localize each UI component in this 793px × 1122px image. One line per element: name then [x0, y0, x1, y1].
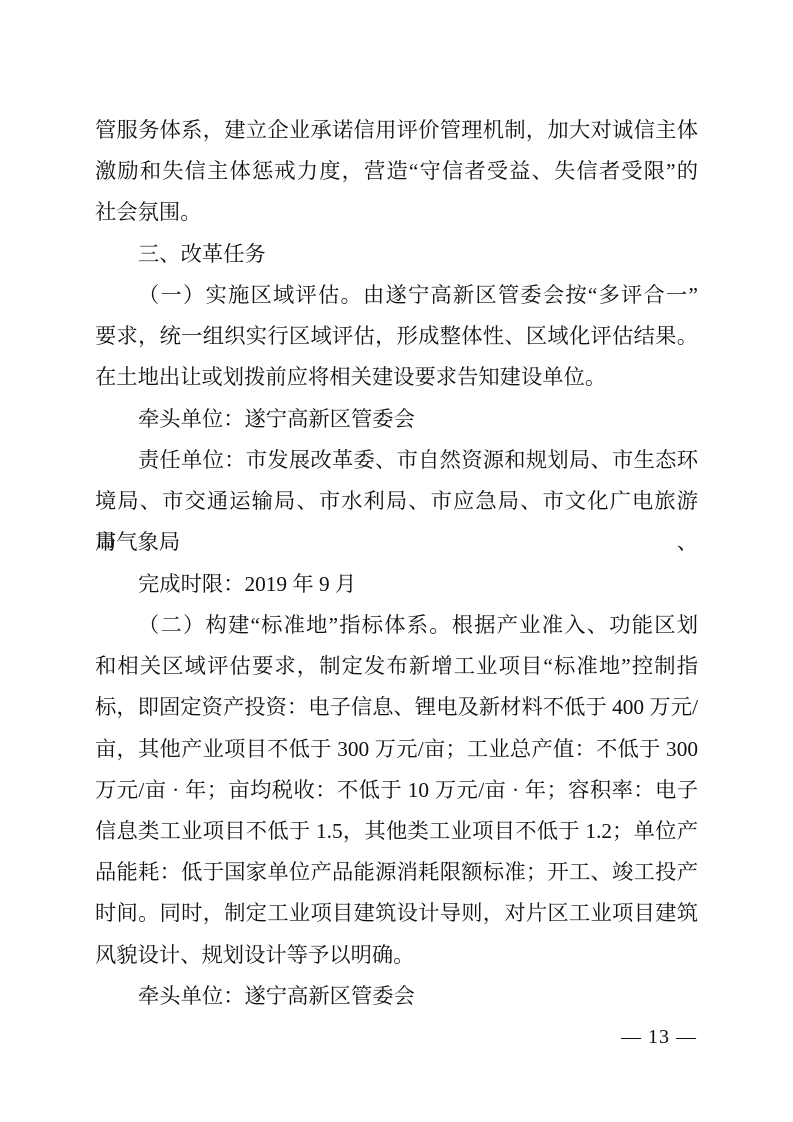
text-line: 品能耗：低于国家单位产品能源消耗限额标准；开工、竣工投产 — [95, 852, 698, 893]
text-line: 境局、市交通运输局、市水利局、市应急局、市文化广电旅游局、 — [95, 481, 698, 522]
text-line: 牵头单位：遂宁高新区管委会 — [95, 399, 698, 440]
text-line: （二）构建“标准地”指标体系。根据产业准入、功能区划 — [95, 605, 698, 646]
text-line: 时间。同时，制定工业项目建筑设计导则，对片区工业项目建筑 — [95, 893, 698, 934]
paragraph-task-regional-assessment: （一）实施区域评估。由遂宁高新区管委会按“多评合一” 要求，统一组织实行区域评估… — [95, 275, 698, 399]
text-line: 万元/亩 · 年；亩均税收：不低于 10 万元/亩 · 年；容积率：电子 — [95, 770, 698, 811]
text-line: 要求，统一组织实行区域评估，形成整体性、区域化评估结果。 — [95, 316, 698, 357]
section-heading-reform-tasks: 三、改革任务 — [95, 234, 698, 275]
document-body: 管服务体系，建立企业承诺信用评价管理机制，加大对诚信主体 激励和失信主体惩戒力度… — [95, 110, 698, 1017]
text-line: 亩，其他产业项目不低于 300 万元/亩；工业总产值：不低于 300 — [95, 729, 698, 770]
text-line: 社会氛围。 — [95, 192, 698, 233]
text-line: 信息类工业项目不低于 1.5，其他类工业项目不低于 1.2；单位产 — [95, 811, 698, 852]
paragraph-responsible-units: 责任单位：市发展改革委、市自然资源和规划局、市生态环 境局、市交通运输局、市水利… — [95, 440, 698, 564]
text-line: 责任单位：市发展改革委、市自然资源和规划局、市生态环 — [95, 440, 698, 481]
paragraph-credit-system-continuation: 管服务体系，建立企业承诺信用评价管理机制，加大对诚信主体 激励和失信主体惩戒力度… — [95, 110, 698, 234]
text-line: 管服务体系，建立企业承诺信用评价管理机制，加大对诚信主体 — [95, 110, 698, 151]
text-line: （一）实施区域评估。由遂宁高新区管委会按“多评合一” — [95, 275, 698, 316]
text-line: 风貌设计、规划设计等予以明确。 — [95, 935, 698, 976]
page-number: — 13 — — [621, 1022, 697, 1052]
text-line: 激励和失信主体惩戒力度，营造“守信者受益、失信者受限”的 — [95, 151, 698, 192]
paragraph-lead-unit: 牵头单位：遂宁高新区管委会 — [95, 399, 698, 440]
text-line: 在土地出让或划拨前应将相关建设要求告知建设单位。 — [95, 357, 698, 398]
paragraph-lead-unit: 牵头单位：遂宁高新区管委会 — [95, 976, 698, 1017]
paragraph-task-standard-land: （二）构建“标准地”指标体系。根据产业准入、功能区划 和相关区域评估要求，制定发… — [95, 605, 698, 976]
text-line: 和相关区域评估要求，制定发布新增工业项目“标准地”控制指 — [95, 646, 698, 687]
document-page: 管服务体系，建立企业承诺信用评价管理机制，加大对诚信主体 激励和失信主体惩戒力度… — [0, 0, 793, 1122]
section-heading: 三、改革任务 — [95, 234, 698, 275]
text-line: 完成时限：2019 年 9 月 — [95, 564, 698, 605]
text-line: 牵头单位：遂宁高新区管委会 — [95, 976, 698, 1017]
paragraph-deadline: 完成时限：2019 年 9 月 — [95, 564, 698, 605]
text-line: 标，即固定资产投资：电子信息、锂电及新材料不低于 400 万元/ — [95, 687, 698, 728]
